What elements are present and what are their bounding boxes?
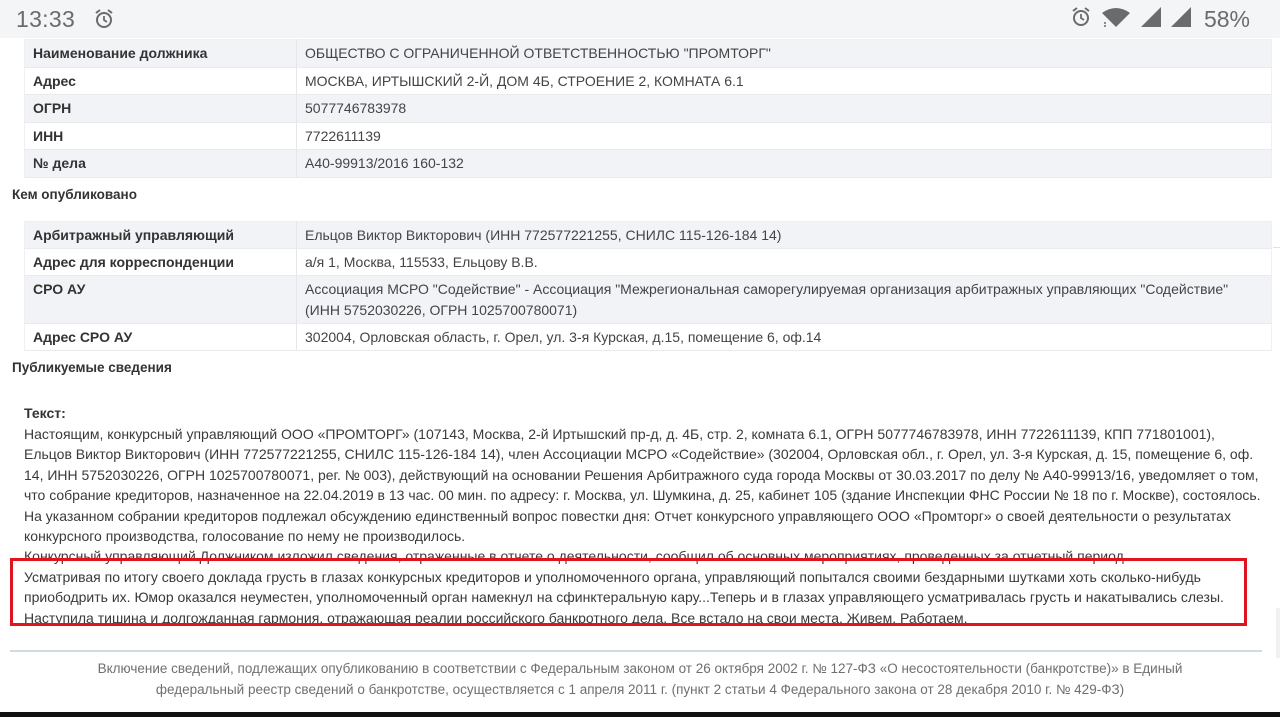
message-paragraph: Настоящим, конкурсный управляющий ООО «П… — [24, 424, 1264, 546]
signal-icon — [1170, 6, 1192, 33]
row-value: А40-99913/2016 160-132 — [297, 150, 1272, 178]
row-label: Наименование должника — [25, 40, 297, 68]
footer-line: федеральный реестр сведений о банкротств… — [0, 679, 1280, 700]
row-label: ИНН — [25, 122, 297, 150]
row-label: СРО АУ — [25, 276, 297, 324]
row-label: № дела — [25, 150, 297, 178]
navigation-bar-edge — [0, 712, 1280, 717]
status-time: 13:33 — [16, 6, 75, 33]
table-row: Адрес МОСКВА, ИРТЫШСКИЙ 2-Й, ДОМ 4Б, СТР… — [25, 67, 1272, 95]
row-value: ОБЩЕСТВО С ОГРАНИЧЕННОЙ ОТВЕТСТВЕННОСТЬЮ… — [297, 40, 1272, 68]
highlight-annotation-box — [10, 558, 1247, 626]
footer-note: Включение сведений, подлежащих опубликов… — [0, 658, 1280, 700]
row-label: Адрес — [25, 67, 297, 95]
text-label: Текст: — [24, 405, 66, 421]
footer-line: Включение сведений, подлежащих опубликов… — [0, 658, 1280, 679]
sro-name: Ассоциация МСРО "Содействие" - Ассоциаци… — [305, 279, 1263, 300]
table-row: Адрес для корреспонденции а/я 1, Москва,… — [25, 249, 1272, 276]
edge-divider — [1273, 247, 1280, 308]
row-value: 302004, Орловская область, г. Орел, ул. … — [297, 324, 1272, 351]
row-label: Адрес СРО АУ — [25, 324, 297, 351]
sro-ids: (ИНН 5752030226, ОГРН 1025700780071) — [305, 300, 1263, 321]
row-value: 7722611139 — [297, 122, 1272, 150]
debtor-table: Наименование должника ОБЩЕСТВО С ОГРАНИЧ… — [24, 39, 1272, 178]
table-row: Наименование должника ОБЩЕСТВО С ОГРАНИЧ… — [25, 40, 1272, 68]
alarm-icon — [1070, 6, 1092, 33]
row-label: Адрес для корреспонденции — [25, 249, 297, 276]
row-value: Ельцов Виктор Викторович (ИНН 7725772212… — [297, 222, 1272, 249]
row-label: Арбитражный управляющий — [25, 222, 297, 249]
row-label: ОГРН — [25, 95, 297, 123]
status-bar: 13:33 58% — [0, 0, 1280, 38]
table-row: ОГРН 5077746783978 — [25, 95, 1272, 123]
footer-divider — [10, 650, 1262, 652]
publisher-table: Арбитражный управляющий Ельцов Виктор Ви… — [24, 221, 1272, 351]
battery-level: 58% — [1204, 6, 1250, 33]
table-row: № дела А40-99913/2016 160-132 — [25, 150, 1272, 178]
row-value: МОСКВА, ИРТЫШСКИЙ 2-Й, ДОМ 4Б, СТРОЕНИЕ … — [297, 67, 1272, 95]
table-row: Адрес СРО АУ 302004, Орловская область, … — [25, 324, 1272, 351]
table-row: Арбитражный управляющий Ельцов Виктор Ви… — [25, 222, 1272, 249]
section-title-published-by: Кем опубликовано — [12, 187, 137, 202]
edge-scroll-hint — [1276, 608, 1280, 658]
row-value: а/я 1, Москва, 115533, Ельцову В.В. — [297, 249, 1272, 276]
section-title-published-info: Публикуемые сведения — [12, 360, 172, 375]
table-row: ИНН 7722611139 — [25, 122, 1272, 150]
status-icons: 58% — [1070, 6, 1250, 32]
signal-icon — [1140, 6, 1162, 33]
row-value: 5077746783978 — [297, 95, 1272, 123]
table-row: СРО АУ Ассоциация МСРО "Содействие" - Ас… — [25, 276, 1272, 324]
alarm-icon — [93, 8, 115, 35]
row-value: Ассоциация МСРО "Содействие" - Ассоциаци… — [297, 276, 1272, 324]
wifi-icon — [1100, 6, 1132, 33]
